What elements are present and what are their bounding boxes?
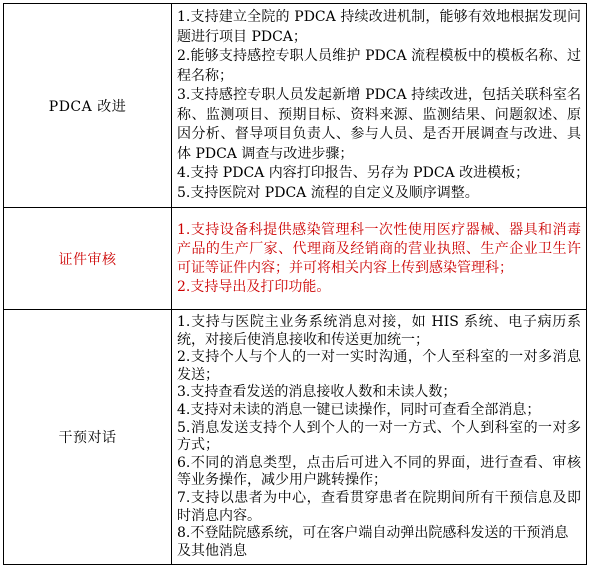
feature-name-label: PDCA 改进 [49,99,126,115]
requirement-item: 1.支持设备科提供感染管理科一次性使用医疗器械、器具和消毒产品的生产厂家、代理商… [177,221,581,278]
requirement-item: 7.支持以患者为中心，查看贯穿患者在院期间所有干预信息及即时消息内容。 [177,490,581,525]
requirement-item: 3.支持感控专职人员发起新增 PDCA 持续改进，包括关联科室名称、监测项目、预… [177,86,581,164]
feature-name-cell-pdca: PDCA 改进 [4,4,172,208]
table-row: 证件审核 1.支持设备科提供感染管理科一次性使用医疗器械、器具和消毒产品的生产厂… [4,208,587,310]
requirement-item: 1.支持建立全院的 PDCA 持续改进机制，能够有效地根据发现问题进行项目 PD… [177,8,581,47]
feature-name-cell-certificate: 证件审核 [4,208,172,310]
requirement-item: 2.能够支持感控专职人员维护 PDCA 流程模板中的模板名称、过程名称； [177,47,581,86]
feature-name-cell-dialog: 干预对话 [4,310,172,565]
feature-name-label: 干预对话 [59,430,117,446]
requirement-item: 3.支持查看发送的消息接收人数和未读人数； [177,384,581,402]
requirement-item: 2.支持个人与个人的一对一实时沟通，个人至科室的一对多消息发送； [177,349,581,384]
requirement-item: 2.支持导出及打印功能。 [177,278,581,297]
table-row: PDCA 改进 1.支持建立全院的 PDCA 持续改进机制，能够有效地根据发现问… [4,4,587,208]
requirement-item: 4.支持对未读的消息一键已读操作，同时可查看全部消息； [177,402,581,420]
requirement-item: 5.支持医院对 PDCA 流程的自定义及顺序调整。 [177,184,581,204]
requirements-table: PDCA 改进 1.支持建立全院的 PDCA 持续改进机制，能够有效地根据发现问… [3,3,587,565]
feature-name-label: 证件审核 [59,252,117,268]
feature-description-cell-dialog: 1.支持与医院主业务系统消息对接，如 HIS 系统、电子病历系统，对接后使消息接… [172,310,587,565]
table-row: 干预对话 1.支持与医院主业务系统消息对接，如 HIS 系统、电子病历系统，对接… [4,310,587,565]
requirement-item: 6.不同的消息类型，点击后可进入不同的界面，进行查看、审核等业务操作，减少用户跳… [177,455,581,490]
requirement-item: 8.不登陆院感系统，可在客户端自动弹出院感科发送的干预消息及其他消息 [177,525,581,560]
document-page: PDCA 改进 1.支持建立全院的 PDCA 持续改进机制，能够有效地根据发现问… [0,0,591,575]
feature-description-cell-certificate: 1.支持设备科提供感染管理科一次性使用医疗器械、器具和消毒产品的生产厂家、代理商… [172,208,587,310]
requirement-item: 1.支持与医院主业务系统消息对接，如 HIS 系统、电子病历系统，对接后使消息接… [177,314,581,349]
feature-description-cell-pdca: 1.支持建立全院的 PDCA 持续改进机制，能够有效地根据发现问题进行项目 PD… [172,4,587,208]
requirement-item: 4.支持 PDCA 内容打印报告、另存为 PDCA 改进模板； [177,164,581,184]
requirement-item: 5.消息发送支持个人到个人的一对一方式、个人到科室的一对多方式； [177,420,581,455]
